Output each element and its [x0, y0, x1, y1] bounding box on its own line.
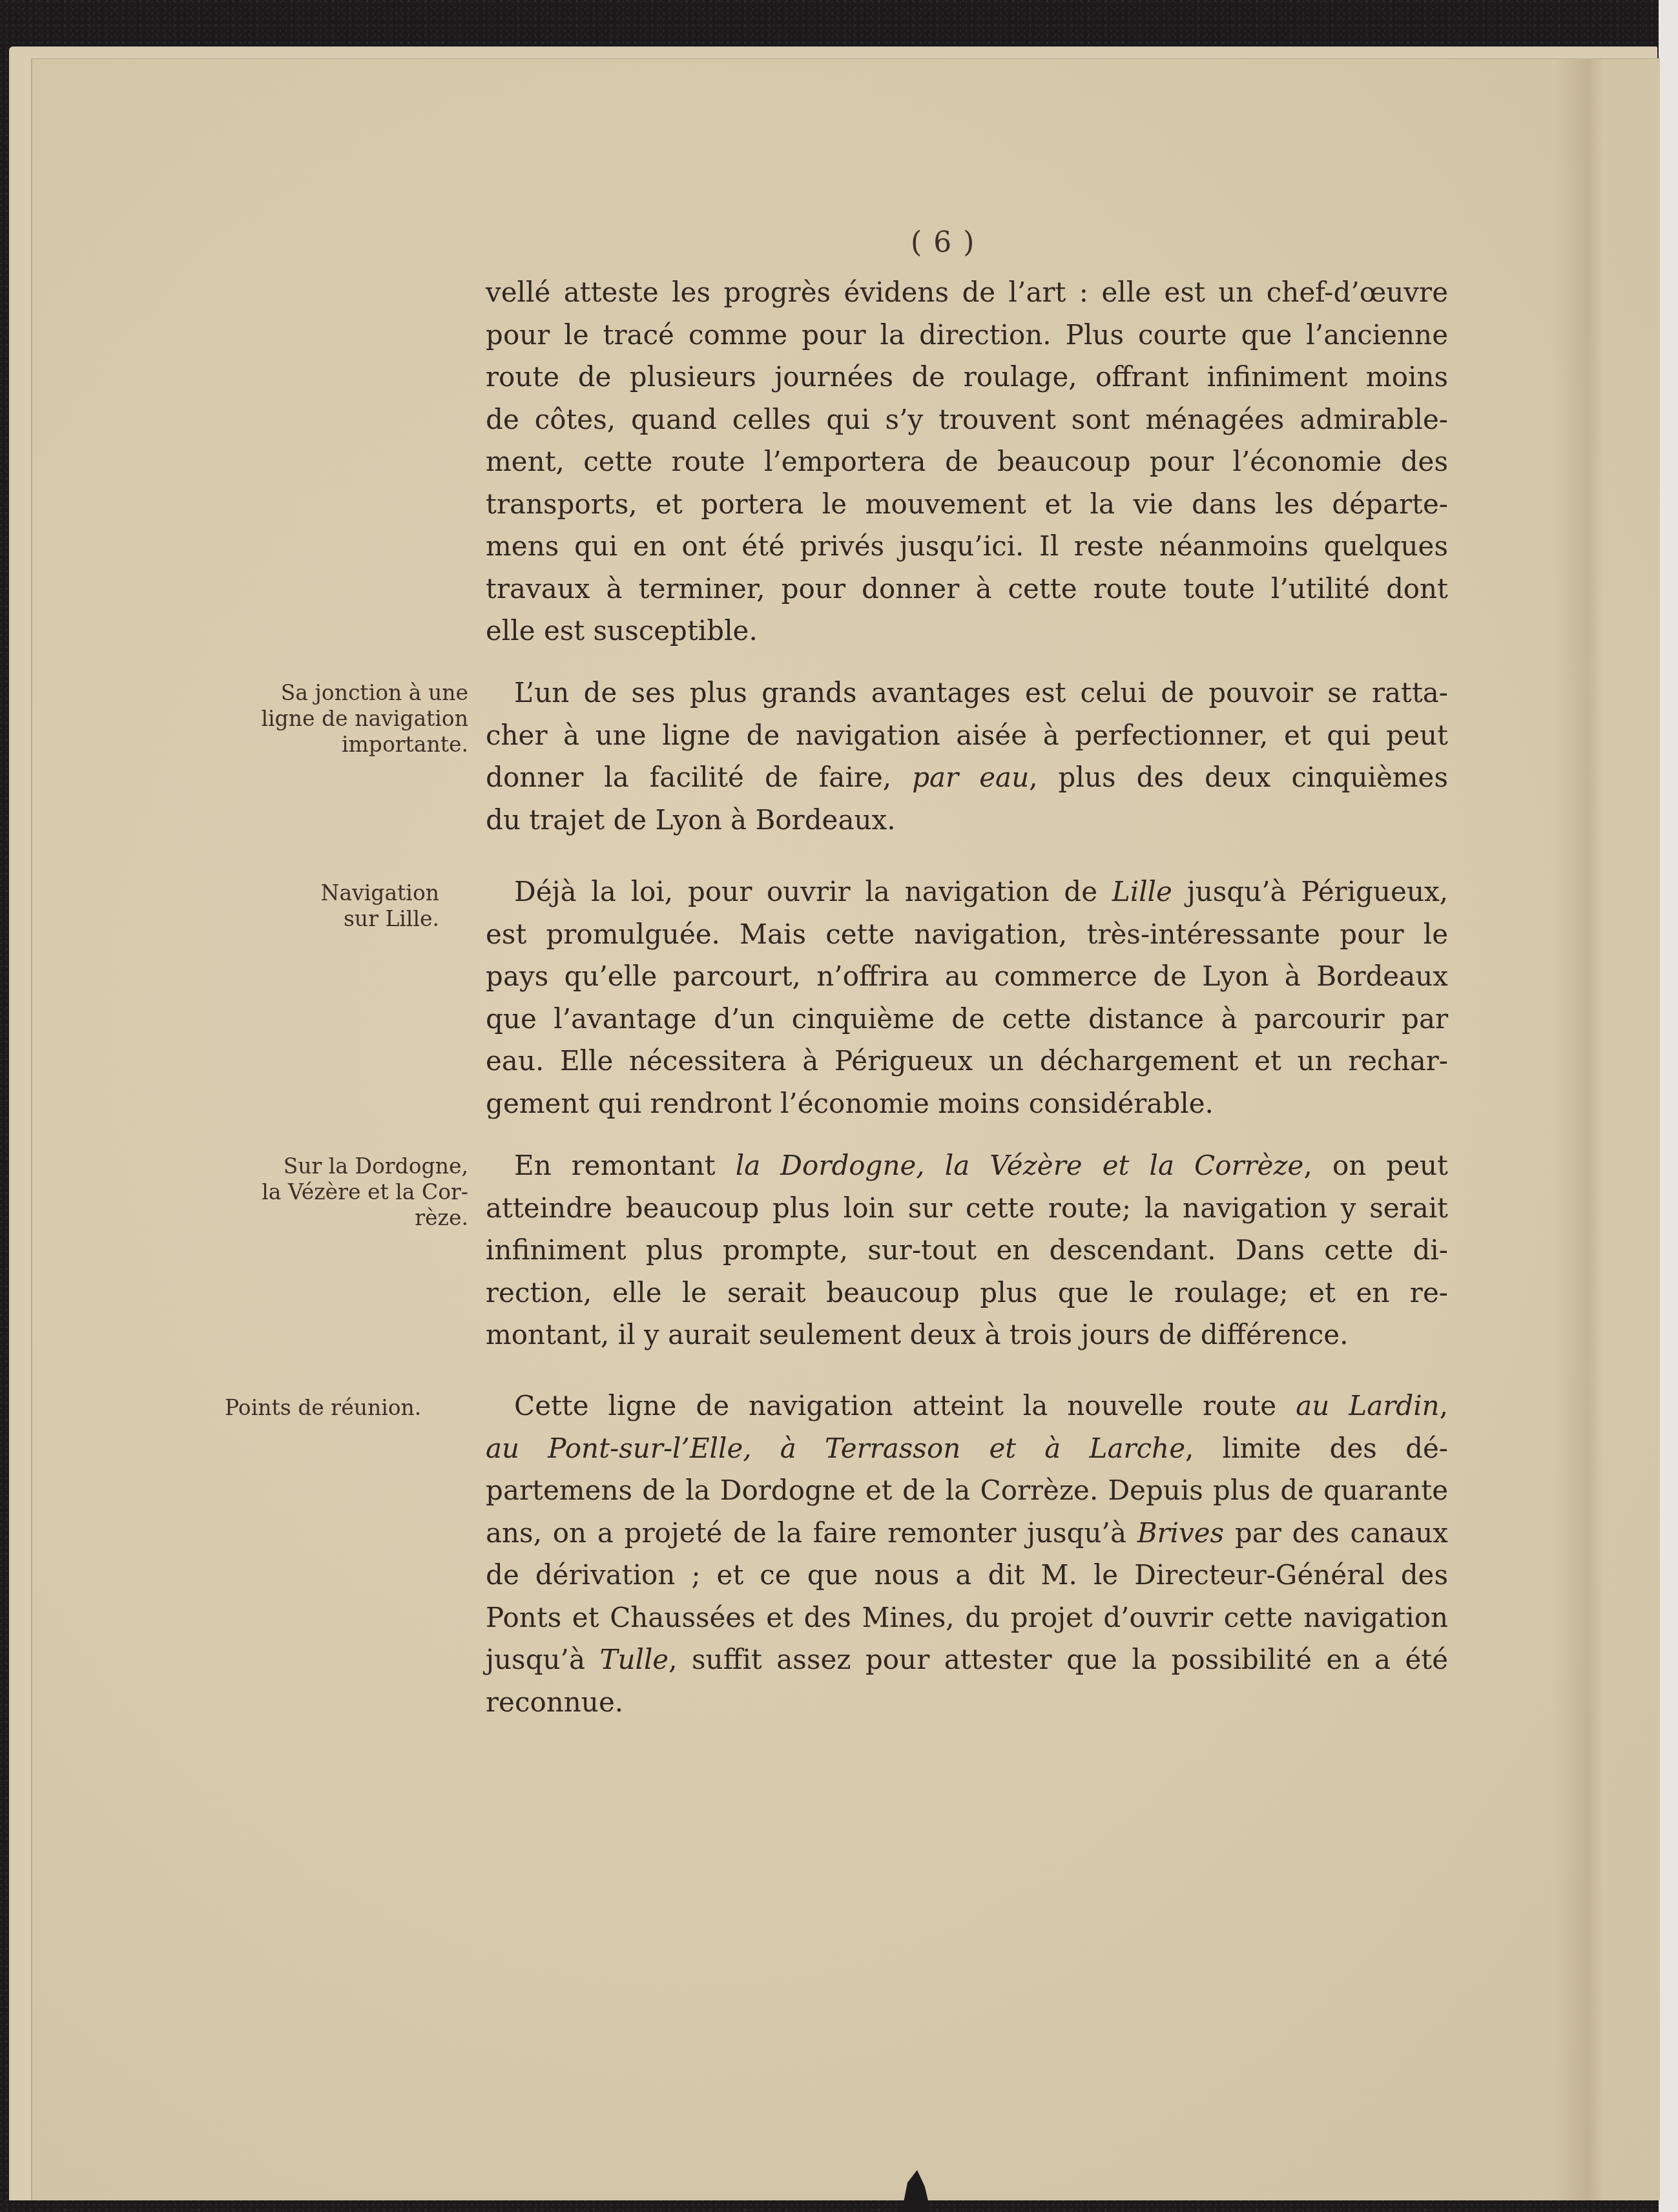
text-line: ans, on a projeté de la faire remonter j…: [486, 1512, 1448, 1555]
paragraph-dordogne: En remontant la Dordogne, la Vézère et l…: [486, 1144, 1448, 1356]
text-line: travaux à terminer, pour donner à cette …: [486, 568, 1448, 610]
text-line: eau. Elle nécessitera à Périgueux un déc…: [486, 1040, 1448, 1082]
margin-note-line: sur Lille.: [220, 906, 439, 932]
paragraph-jonction: L’un de ses plus grands avantages est ce…: [486, 672, 1448, 841]
text-line: mens qui en ont été privés jusqu’ici. Il…: [486, 525, 1448, 568]
margin-note-line: Navigation: [220, 880, 439, 906]
text-line: vellé atteste les progrès évidens de l’a…: [486, 271, 1448, 314]
margin-note-lille: Navigationsur Lille.: [220, 880, 439, 932]
text-line: route de plusieurs journées de roulage, …: [486, 356, 1448, 398]
margin-note-line: Sa jonction à une: [220, 680, 468, 706]
text-line: montant, il y aurait seulement deux à tr…: [486, 1314, 1448, 1356]
text-line: cher à une ligne de navigation aisée à p…: [486, 714, 1448, 757]
italic-phrase: la Dordogne, la Vézère et la Corrèze: [736, 1150, 1304, 1181]
text-line: infiniment plus prompte, sur-tout en des…: [486, 1229, 1448, 1272]
text-line: partemens de la Dordogne et de la Corrèz…: [486, 1469, 1448, 1512]
margin-note-line: Points de réunion.: [225, 1395, 470, 1421]
text-line: atteindre beaucoup plus loin sur cette r…: [486, 1187, 1448, 1230]
text-line: donner la facilité de faire, par eau, pl…: [486, 756, 1448, 799]
text-line: de côtes, quand celles qui s’y trouvent …: [486, 398, 1448, 441]
text-line: reconnue.: [486, 1681, 1448, 1724]
paragraph-intro: vellé atteste les progrès évidens de l’a…: [486, 271, 1448, 652]
margin-note-dordogne: Sur la Dordogne,la Vézère et la Cor-rèze…: [226, 1153, 468, 1231]
text-line: Déjà la loi, pour ouvrir la navigation d…: [486, 871, 1448, 913]
text-line: est promulguée. Mais cette navigation, t…: [486, 913, 1448, 956]
italic-phrase: par eau: [912, 761, 1029, 793]
italic-phrase: au Pont-sur-l’Elle, à Terrasson et à Lar…: [486, 1432, 1185, 1464]
margin-note-line: Sur la Dordogne,: [226, 1153, 468, 1179]
text-line: jusqu’à Tulle, suffit assez pour atteste…: [486, 1638, 1448, 1681]
text-line: ment, cette route l’emportera de beaucou…: [486, 440, 1448, 483]
text-line: Cette ligne de navigation atteint la nou…: [486, 1385, 1448, 1427]
text-line: du trajet de Lyon à Bordeaux.: [486, 799, 1448, 842]
margin-note-line: rèze.: [226, 1205, 468, 1231]
text-line: En remontant la Dordogne, la Vézère et l…: [486, 1144, 1448, 1187]
italic-phrase: Lille: [1112, 876, 1172, 907]
text-line: pays qu’elle parcourt, n’offrira au comm…: [486, 955, 1448, 998]
text-line: L’un de ses plus grands avantages est ce…: [486, 672, 1448, 714]
italic-phrase: Tulle: [599, 1644, 668, 1675]
text-line: au Pont-sur-l’Elle, à Terrasson et à Lar…: [486, 1427, 1448, 1470]
page-number: ( 6 ): [911, 226, 975, 259]
paragraph-lille: Déjà la loi, pour ouvrir la navigation d…: [486, 871, 1448, 1124]
paragraph-reunion: Cette ligne de navigation atteint la nou…: [486, 1385, 1448, 1723]
text-line: elle est susceptible.: [486, 610, 1448, 652]
margin-note-line: importante.: [220, 732, 468, 758]
margin-note-line: la Vézère et la Cor-: [226, 1179, 468, 1205]
text-line: gement qui rendront l’économie moins con…: [486, 1082, 1448, 1125]
italic-phrase: Brives: [1137, 1517, 1225, 1549]
text-line: Ponts et Chaussées et des Mines, du proj…: [486, 1597, 1448, 1639]
margin-note-line: ligne de navigation: [220, 706, 468, 732]
text-line: transports, et portera le mouvement et l…: [486, 483, 1448, 526]
margin-note-reunion: Points de réunion.: [225, 1395, 470, 1421]
margin-note-jonction: Sa jonction à uneligne de navigationimpo…: [220, 680, 468, 758]
italic-phrase: au Lardin: [1296, 1390, 1439, 1421]
text-line: rection, elle le serait beaucoup plus qu…: [486, 1272, 1448, 1314]
text-line: pour le tracé comme pour la direction. P…: [486, 314, 1448, 357]
text-line: que l’avantage d’un cinquième de cette d…: [486, 998, 1448, 1040]
scanner-edge-strip: [1659, 0, 1678, 2212]
text-line: de dérivation ; et ce que nous a dit M. …: [486, 1554, 1448, 1597]
